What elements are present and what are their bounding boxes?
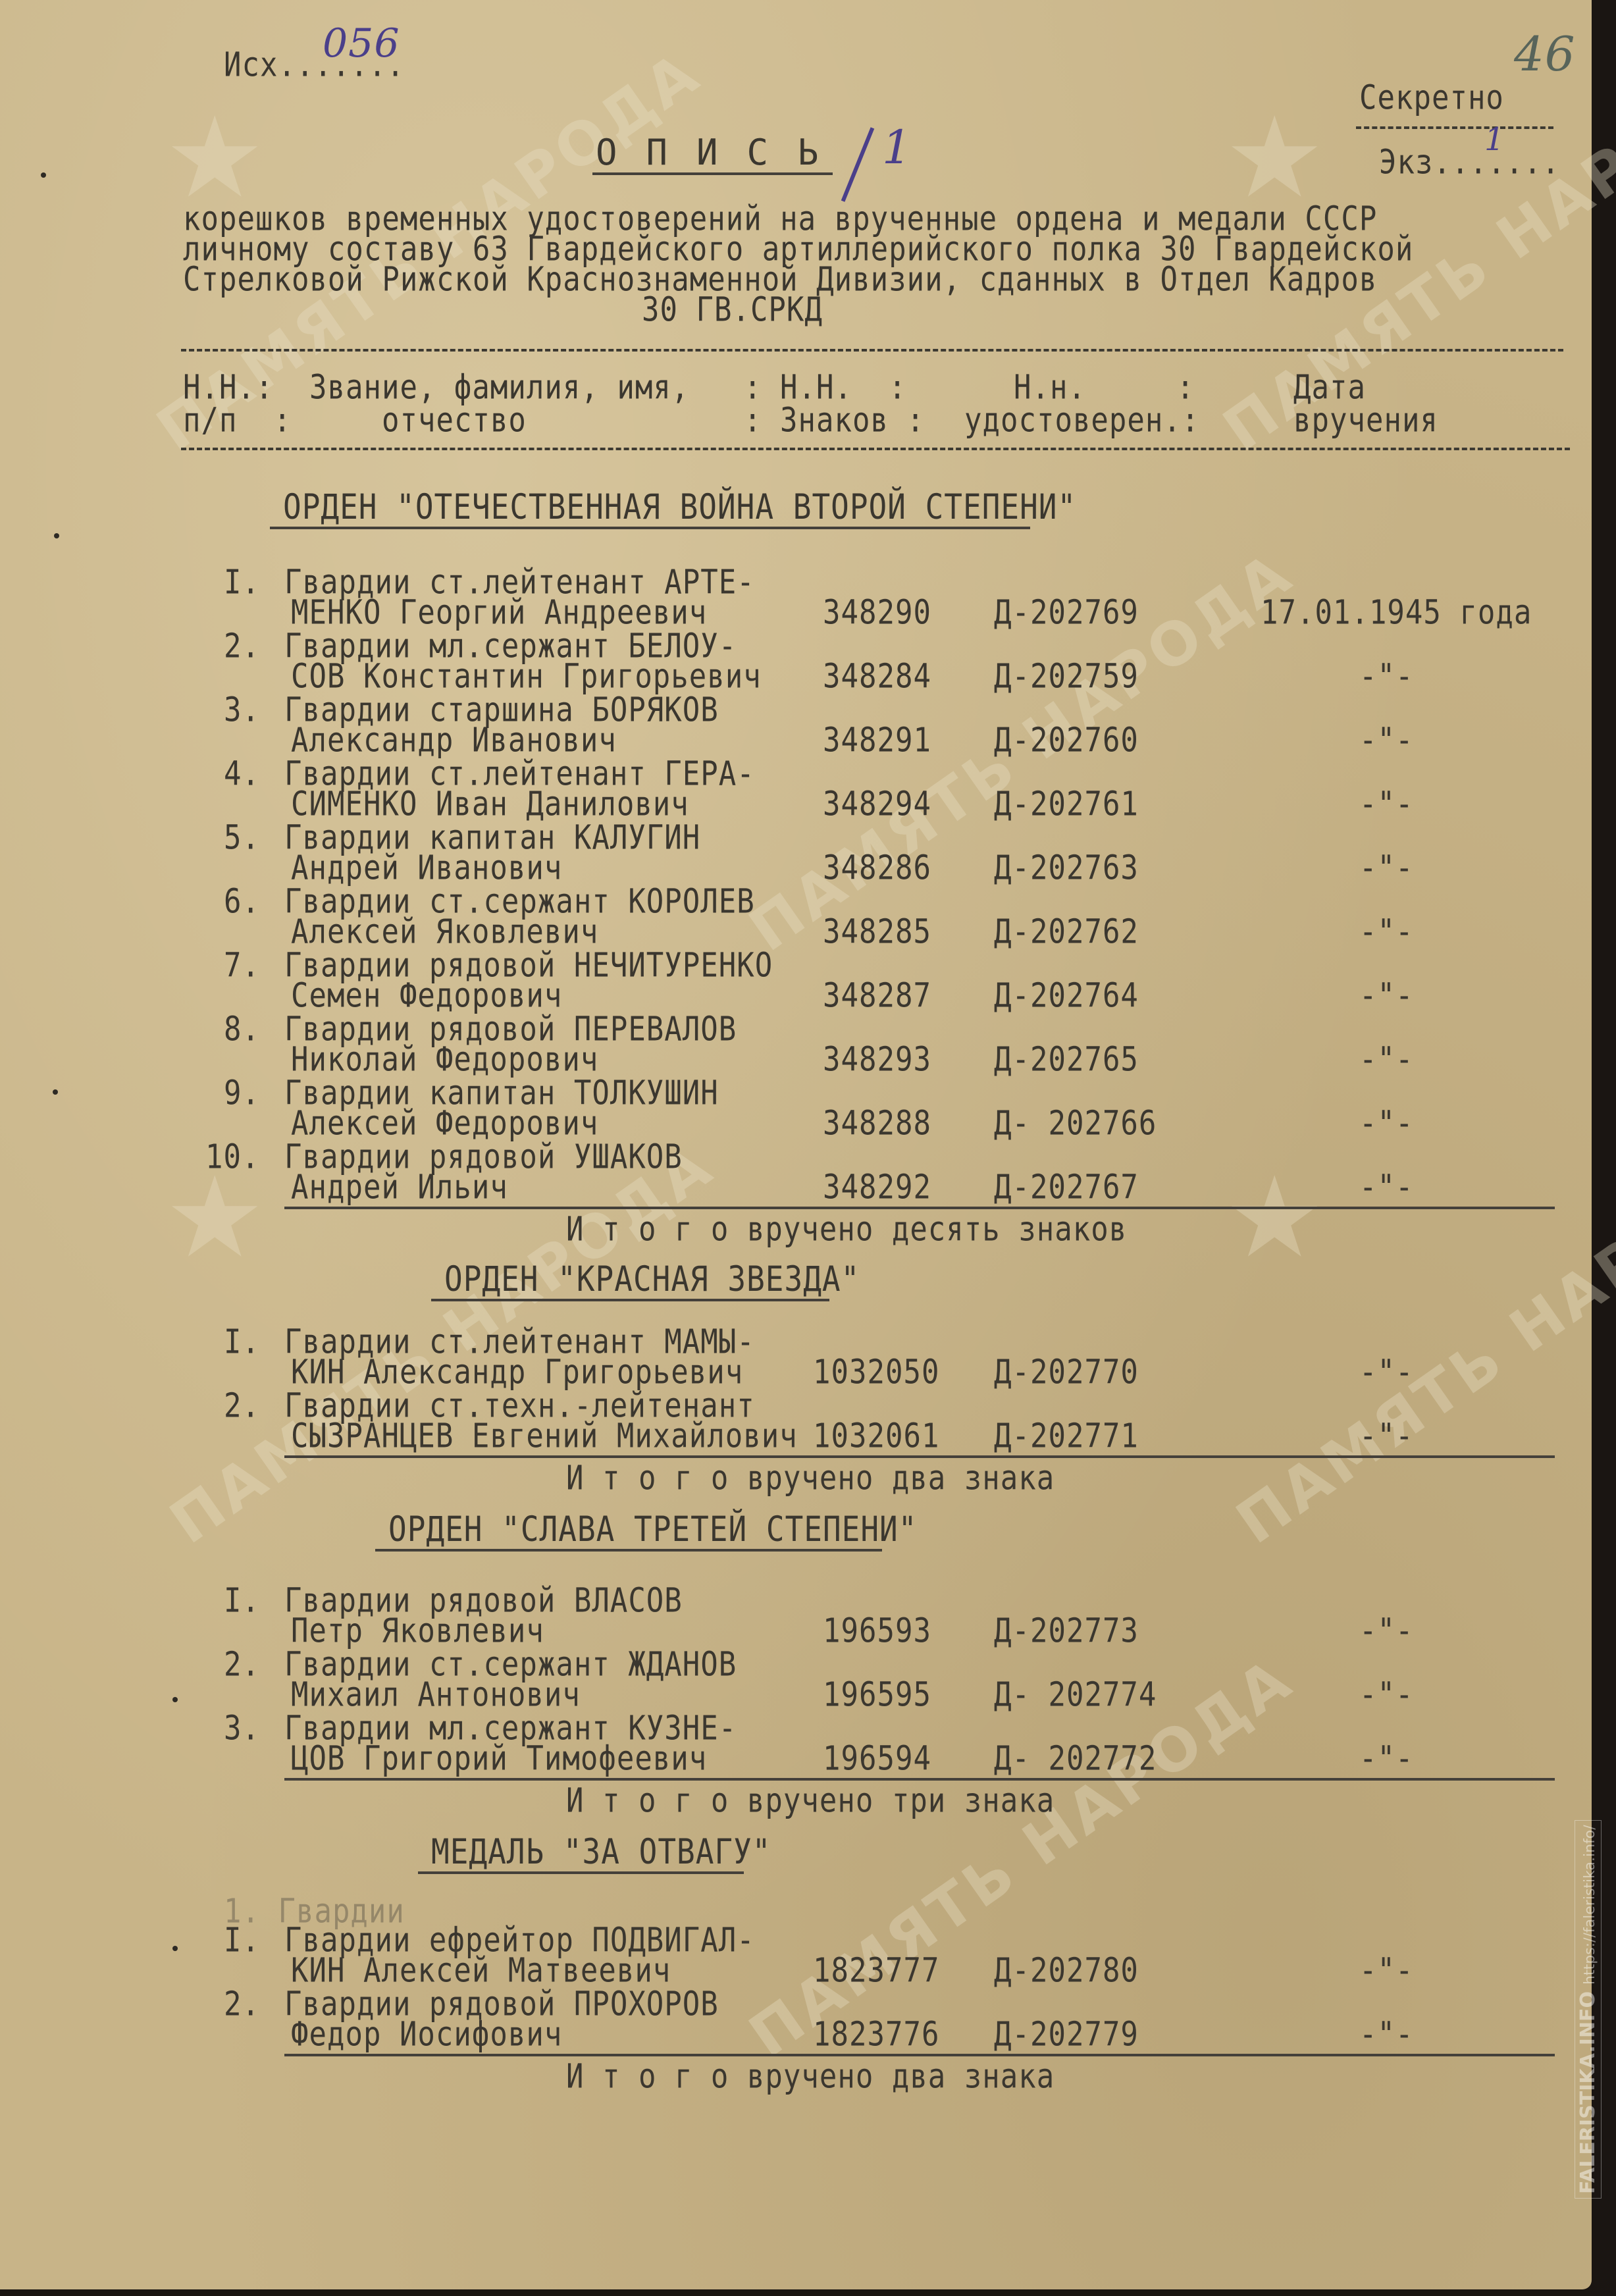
star-watermark-icon: ★ xyxy=(1224,112,1316,204)
entry-name-patronymic: СЫЗРАНЦЕВ Евгений Михайлович xyxy=(291,1419,798,1455)
classification-label: Секретно xyxy=(1359,80,1504,117)
col-header-num: п/п : xyxy=(183,403,292,439)
entry-number: 7. xyxy=(224,948,260,984)
star-watermark-icon: ★ xyxy=(165,112,257,204)
section-total-rule xyxy=(284,1778,1555,1781)
copy-label: Экз....... xyxy=(1379,145,1560,181)
entry-name-patronymic: КИН Александр Григорьевич xyxy=(291,1355,743,1391)
entry-award-date: -"- xyxy=(1359,1355,1413,1391)
entry-certificate-number: Д-202761 xyxy=(994,787,1139,823)
document-title: ОПИСЬ xyxy=(596,132,848,173)
entry-award-date: -"- xyxy=(1359,1953,1413,1989)
entry-badge-number: 1823777 xyxy=(813,1953,939,1989)
section-total-rule xyxy=(284,2054,1555,2056)
entry-number: 3. xyxy=(224,692,260,729)
entry-badge-number: 348286 xyxy=(823,850,931,887)
section-total: И т о г о вручено два знака xyxy=(566,2059,1055,2095)
entry-name-patronymic: Алексей Яковлевич xyxy=(291,914,598,951)
site-watermark: FALERISTIKA.INFOhttps://faleristika.info… xyxy=(1575,1820,1602,2199)
section-title-underline xyxy=(270,527,1030,529)
entry-certificate-number: Д-202770 xyxy=(994,1355,1139,1391)
outgoing-number: 056 xyxy=(323,28,400,59)
entry-award-date: -"- xyxy=(1359,1106,1413,1142)
intro-line: 30 ГВ.СРКД xyxy=(642,292,823,328)
entry-badge-number: 348293 xyxy=(823,1042,931,1078)
entry-name-patronymic: Андрей Иванович xyxy=(291,850,562,887)
entry-name-patronymic: КИН Алексей Матвеевич xyxy=(291,1953,671,1989)
entry-name-patronymic: Александр Иванович xyxy=(291,723,617,759)
section-total-rule xyxy=(284,1207,1555,1209)
entry-number: I. xyxy=(224,1324,260,1361)
entry-award-date: -"- xyxy=(1359,1741,1413,1777)
star-watermark-icon: ★ xyxy=(1224,1172,1316,1264)
title-underline xyxy=(592,172,833,175)
entry-number: 10. xyxy=(205,1139,259,1176)
entry-badge-number: 1032061 xyxy=(813,1419,939,1455)
entry-number: I. xyxy=(224,1923,260,1959)
entry-certificate-number: Д-202779 xyxy=(994,2017,1139,2053)
entry-badge-number: 348284 xyxy=(823,659,931,695)
entry-number: 8. xyxy=(224,1012,260,1048)
entry-award-date: 17.01.1945 года xyxy=(1261,595,1532,631)
entry-award-date: -"- xyxy=(1359,2017,1413,2053)
entry-certificate-number: Д- 202774 xyxy=(994,1677,1157,1713)
punch-mark xyxy=(172,1697,178,1702)
entry-badge-number: 196595 xyxy=(823,1677,931,1713)
entry-certificate-number: Д-202767 xyxy=(994,1170,1139,1206)
entry-name-patronymic: ЦОВ Григорий Тимофеевич xyxy=(291,1741,707,1777)
entry-number: 2. xyxy=(224,629,260,665)
section-title: МЕДАЛЬ "ЗА ОТВАГУ" xyxy=(431,1833,771,1869)
col-header-name: отчество xyxy=(382,403,527,439)
entry-award-date: -"- xyxy=(1359,978,1413,1014)
entry-certificate-number: Д-202765 xyxy=(994,1042,1139,1078)
col-header-cert: удостоверен.: xyxy=(964,403,1199,439)
entry-certificate-number: Д- 202772 xyxy=(994,1741,1157,1777)
entry-name-patronymic: Алексей Федорович xyxy=(291,1106,598,1142)
header-rule-bottom xyxy=(181,448,1570,450)
section-title-underline xyxy=(431,1299,829,1301)
entry-award-date: -"- xyxy=(1359,850,1413,887)
entry-award-date: -"- xyxy=(1359,1419,1413,1455)
entry-name-patronymic: Николай Федорович xyxy=(291,1042,598,1078)
entry-number: 3. xyxy=(224,1711,260,1747)
entry-name-patronymic: СОВ Константин Григорьевич xyxy=(291,659,762,695)
entry-certificate-number: Д-202763 xyxy=(994,850,1139,887)
section-total: И т о г о вручено два знака xyxy=(566,1461,1055,1497)
header-rule-top xyxy=(181,349,1563,352)
entry-award-date: -"- xyxy=(1359,1170,1413,1206)
entry-award-date: -"- xyxy=(1359,659,1413,695)
entry-certificate-number: Д-202769 xyxy=(994,595,1139,631)
entry-name-patronymic: СИМЕНКО Иван Данилович xyxy=(291,787,689,823)
section-total: И т о г о вручено три знака xyxy=(566,1783,1055,1819)
entry-badge-number: 196593 xyxy=(823,1613,931,1650)
section-title-underline xyxy=(418,1871,744,1874)
entry-number: 9. xyxy=(224,1076,260,1112)
section-title-underline xyxy=(375,1549,882,1552)
entry-number: 4. xyxy=(224,756,260,793)
entry-badge-number: 348292 xyxy=(823,1170,931,1206)
entry-name-patronymic: Семен Федорович xyxy=(291,978,562,1014)
entry-certificate-number: Д-202759 xyxy=(994,659,1139,695)
entry-badge-number: 348287 xyxy=(823,978,931,1014)
entry-certificate-number: Д- 202766 xyxy=(994,1106,1157,1142)
title-number: 1 xyxy=(882,132,912,163)
entry-badge-number: 348288 xyxy=(823,1106,931,1142)
entry-number: 2. xyxy=(224,1647,260,1683)
entry-name-patronymic: Андрей Ильич xyxy=(291,1170,508,1206)
entry-name-patronymic: Петр Яковлевич xyxy=(291,1613,544,1650)
col-header-date: вручения xyxy=(1293,403,1438,439)
entry-award-date: -"- xyxy=(1359,1677,1413,1713)
entry-number: I. xyxy=(224,1583,260,1619)
classification-rule xyxy=(1356,126,1553,129)
section-total: И т о г о вручено десять знаков xyxy=(566,1212,1127,1248)
entry-certificate-number: Д-202771 xyxy=(994,1419,1139,1455)
entry-number: 2. xyxy=(224,1388,260,1424)
punch-mark xyxy=(172,1946,178,1951)
entry-certificate-number: Д-202764 xyxy=(994,978,1139,1014)
entry-badge-number: 348291 xyxy=(823,723,931,759)
section-title: ОРДЕН "СЛАВА ТРЕТЕЙ СТЕПЕНИ" xyxy=(388,1511,917,1547)
entry-certificate-number: Д-202780 xyxy=(994,1953,1139,1989)
entry-award-date: -"- xyxy=(1359,787,1413,823)
entry-certificate-number: Д-202760 xyxy=(994,723,1139,759)
punch-mark xyxy=(53,1089,58,1095)
entry-award-date: -"- xyxy=(1359,914,1413,951)
entry-award-date: -"- xyxy=(1359,723,1413,759)
entry-award-date: -"- xyxy=(1359,1613,1413,1650)
document-page: ★ ★ ★ ★ ПАМЯТЬ НАРОДА ПАМЯТЬ НАРОДА ПАМЯ… xyxy=(0,0,1592,2289)
entry-number: 2. xyxy=(224,1987,260,2023)
punch-mark xyxy=(41,172,46,178)
entry-badge-number: 348290 xyxy=(823,595,931,631)
entry-number: 6. xyxy=(224,884,260,920)
entry-name-patronymic: Михаил Антонович xyxy=(291,1677,581,1713)
col-header-badge: : Знаков : xyxy=(744,403,925,439)
entry-certificate-number: Д-202773 xyxy=(994,1613,1139,1650)
sheet-number: 46 xyxy=(1514,38,1576,70)
entry-number: 5. xyxy=(224,820,260,856)
entry-number: I. xyxy=(224,565,260,601)
copy-number: 1 xyxy=(1484,124,1505,155)
punch-mark xyxy=(54,533,59,538)
section-title: ОРДЕН "ОТЕЧЕСТВЕННАЯ ВОЙНА ВТОРОЙ СТЕПЕН… xyxy=(283,488,1076,525)
entry-certificate-number: Д-202762 xyxy=(994,914,1139,951)
entry-badge-number: 196594 xyxy=(823,1741,931,1777)
entry-name-patronymic: МЕНКО Георгий Андреевич xyxy=(291,595,707,631)
entry-award-date: -"- xyxy=(1359,1042,1413,1078)
entry-badge-number: 348294 xyxy=(823,787,931,823)
section-total-rule xyxy=(284,1455,1555,1458)
entry-badge-number: 348285 xyxy=(823,914,931,951)
section-title: ОРДЕН "КРАСНАЯ ЗВЕЗДА" xyxy=(444,1261,860,1297)
entry-badge-number: 1032050 xyxy=(813,1355,939,1391)
entry-name-patronymic: Федор Иосифович xyxy=(291,2017,562,2053)
star-watermark-icon: ★ xyxy=(165,1172,257,1264)
entry-badge-number: 1823776 xyxy=(813,2017,939,2053)
